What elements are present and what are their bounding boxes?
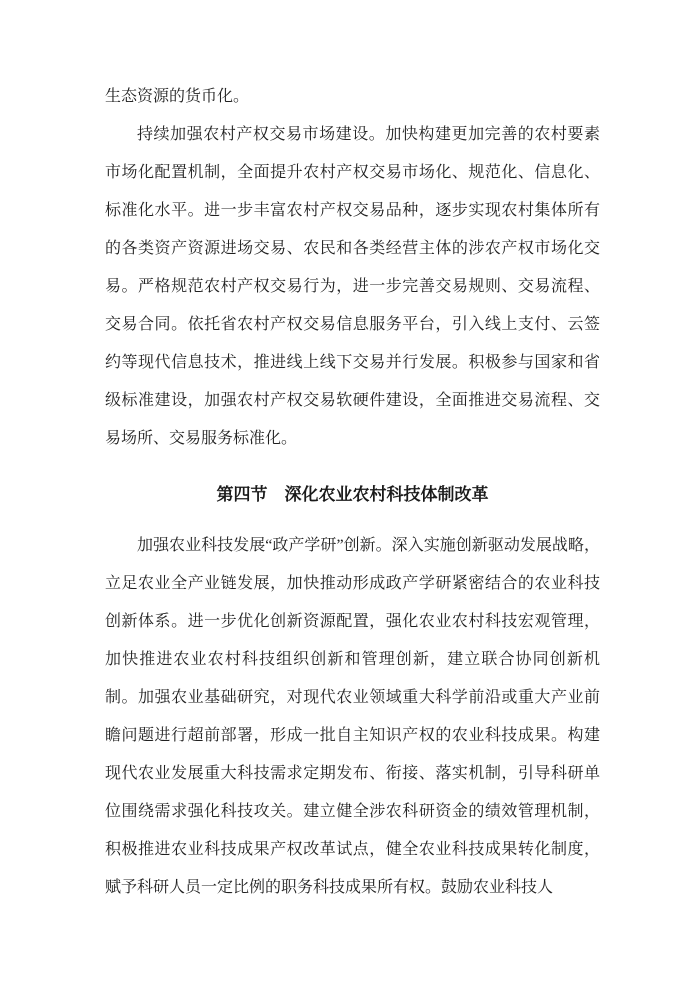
paragraph-agri-science-tech-reform: 加强农业科技发展“政产学研”创新。深入实施创新驱动发展战略，立足农业全产业链发展… <box>105 527 600 907</box>
paragraph-continuation-line: 生态资源的货币化。 <box>105 78 600 116</box>
section-heading-chapter4: 第四节 深化农业农村科技体制改革 <box>105 476 600 514</box>
document-body: 生态资源的货币化。 持续加强农村产权交易市场建设。加快构建更加完善的农村要素市场… <box>105 78 600 907</box>
paragraph-rural-property-rights-market: 持续加强农村产权交易市场建设。加快构建更加完善的农村要素市场化配置机制，全面提升… <box>105 116 600 458</box>
document-page: 生态资源的货币化。 持续加强农村产权交易市场建设。加快构建更加完善的农村要素市场… <box>0 0 700 990</box>
